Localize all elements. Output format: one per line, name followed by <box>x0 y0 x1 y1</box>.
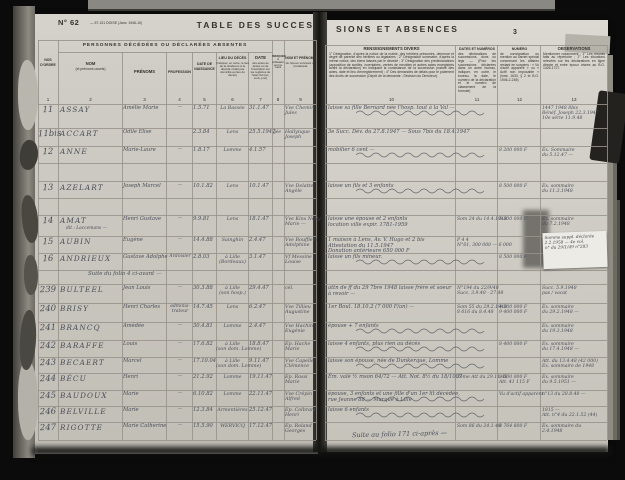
surname-cell: ASSAY <box>60 106 122 114</box>
miscellaneous-info-cell: 3e Succ. Dév. du 27.8.1947 — Sous 7bis d… <box>328 130 456 136</box>
observations-cell: Ex. sommaire du2.4.1948 <box>542 424 606 434</box>
pasted-note-slip: Somme suppl. déclarée2.2.1958 — 4e vol.n… <box>542 231 607 269</box>
birthdate-cell: 1.8.17 <box>193 148 217 154</box>
death-place-cell: Lens <box>216 217 249 222</box>
death-place-cell: La Bassée <box>216 106 249 111</box>
death-date-cell: 18.1.47 <box>249 217 273 223</box>
declaration-dates-cell: N°194 du 22/9/48Succ. 3.9.48 - 27.48 <box>457 286 499 296</box>
spouse-cell: Ep. RolandGeorges <box>285 424 321 434</box>
row-number: 244 <box>38 375 58 385</box>
observations-cell: Ex. Sommairedu 5.12.47 — <box>542 148 606 158</box>
handwritten-line: du 11.3.1948 <box>542 189 606 194</box>
observations-cell: Ex. sommairedu 19.3.1948 <box>542 324 606 334</box>
observations-cell: Att. du 13.4.48 (42 000)Ex. sommaire de … <box>542 359 606 369</box>
surname-alias-cell: dit : Laccemans — <box>66 226 146 232</box>
row-number: 16 <box>38 255 58 265</box>
spouse-cell: Vve Chemin Jules <box>285 106 321 116</box>
spouse-cell: Vve Delatte Angèle <box>285 184 321 194</box>
firstnames-cell: Louis <box>123 342 167 348</box>
firstnames-cell: Gustave Adolphe <box>123 255 167 261</box>
firstnames-cell: Henri <box>123 375 167 381</box>
surname-cell: AZELART <box>60 184 122 192</box>
birthdate-cell: 2.3.84 <box>193 130 217 136</box>
birthdate-cell: 17.10.04 <box>193 359 217 365</box>
row-number: 240 <box>38 305 58 315</box>
row-number: 247 <box>38 424 58 434</box>
firstnames-cell: Amélie Marie <box>123 106 167 112</box>
death-place-cell: Lens <box>216 305 249 310</box>
handwritten-line: 8 200 000 F <box>499 148 541 153</box>
row-number: 14 <box>38 217 58 227</box>
handwritten-line: Att. 41 115 F <box>499 380 541 385</box>
amount-cell: 8 200 000 F <box>499 148 541 153</box>
handwritten-line: 2ème Att du 29.11.48 <box>457 375 499 380</box>
surname-cell: ANDRIEUX <box>60 255 122 263</box>
handwritten-line: du 7.2.1948 <box>542 222 606 227</box>
row-number: 242 <box>38 342 58 352</box>
handwritten-line: 8 500 000 F <box>499 255 541 260</box>
handwritten-line: Som 86 du 24.1.48 <box>457 424 499 429</box>
handwritten-line: (son dom. Lomme) <box>216 364 249 369</box>
surname-cell: BAUDOUX <box>60 392 122 400</box>
slip-line: n° du 29/1/49 n°283 <box>545 243 605 250</box>
observations-cell: Ex. sommairedu 29.2.1948 — <box>542 305 606 315</box>
spouse-cell: Vve Crépin Alfred <box>285 392 321 402</box>
row-number: 11 <box>38 106 58 116</box>
spouse-cell: Vve BoufflersAdolphine <box>285 238 321 248</box>
firstnames-cell: Odile Elise <box>123 130 167 136</box>
handwritten-line: Ex. sommaire de 1948 <box>542 364 606 369</box>
handwritten-line: Eugénie <box>285 329 321 334</box>
birthdate-cell: 12.3.84 <box>193 408 217 414</box>
handwritten-line: 1er Boul. 18.10.2 (7 000 F/an) — <box>328 305 456 311</box>
firstnames-cell: Amédée <box>123 324 167 330</box>
death-place-cell: Sainghin <box>216 238 249 243</box>
observations-cell: Ex. sommairedu 11.3.1948 <box>542 184 606 194</box>
declaration-dates-cell: Som 55 du 29.2.19488 616 du 8.4.48 <box>457 305 499 315</box>
handwritten-line: 5 300 000 F <box>499 217 541 222</box>
firstnames-cell: Henri Charles <box>123 305 167 311</box>
empty-field-squiggle-mark <box>356 151 486 159</box>
register-entries: 11 ASSAY Amélie Marie — 1.5.71 La Bassée… <box>0 0 625 480</box>
profession-cell: — <box>167 342 193 347</box>
miscellaneous-info-cell: 1 maison à Lens, Av. V. Hugo et 2 bisAtt… <box>328 238 456 255</box>
declaration-dates-cell: P 4 4N°61, 300 000 — 6 000 <box>457 238 499 248</box>
surname-cell: BRISY <box>60 305 122 313</box>
death-date-cell: 18.8.47 <box>249 342 273 348</box>
death-place-cell: à Lille(Bordeaux) <box>216 255 249 265</box>
amount-cell: 8 500 000 FAtt. 41 115 F <box>499 375 541 385</box>
birthdate-cell: 30.3.88 <box>193 286 217 292</box>
spouse-cell: Hallynque Joseph <box>285 130 321 140</box>
empty-field-squiggle-mark <box>356 109 486 117</box>
handwritten-line: 3e Succ. Dév. du 27.8.1947 — Sous 7bis d… <box>328 130 456 136</box>
declaration-dates-cell: Som 24 du 14.4.1948 <box>457 217 499 222</box>
row-number: 243 <box>38 359 58 369</box>
surname-cell: ACCART <box>60 130 122 138</box>
death-date-cell: 29.4.47 <box>249 286 273 292</box>
handwritten-line: 9 400 000 F <box>499 310 541 315</box>
amount-cell: 8 500 000 F <box>499 184 541 189</box>
surname-cell: BRANCQ <box>60 324 122 332</box>
amount-cell: 4 200 000 F9 400 000 F <box>499 305 541 315</box>
surname-cell: RIGOTTE <box>60 424 122 432</box>
handwritten-line: n°13 du 28.8.48 — <box>542 392 606 397</box>
continuation-note-previous-folio: Suite du folio 4 ci-avant — <box>88 271 162 277</box>
death-date-cell: 22.11.47 <box>249 392 273 398</box>
profession-cell: — <box>167 286 193 291</box>
profession-cell: — <box>167 375 193 380</box>
amount-cell: Vu d'actif apparent <box>499 392 541 397</box>
handwritten-line: du 5.12.47 — <box>542 153 606 158</box>
handwritten-line: 10e série 11.9.48 <box>542 116 606 121</box>
death-place-cell: à Lille(son hosp.) <box>216 286 249 296</box>
profession-cell: — <box>167 238 193 243</box>
handwritten-line: pas / vacat <box>542 291 606 296</box>
handwritten-line: (son dom. Lomme) <box>216 347 249 352</box>
row-number: 246 <box>38 408 58 418</box>
empty-field-squiggle-mark <box>356 345 486 353</box>
firstnames-cell: Marie <box>123 392 167 398</box>
profession-cell: — <box>167 359 193 364</box>
firstnames-cell: Jean Louis <box>123 286 167 292</box>
profession-cell: adminis-trateur <box>167 305 193 315</box>
observations-cell: Ex. sommairedu 7.2.1948 <box>542 217 606 227</box>
observations-cell: n°13 du 28.8.48 — <box>542 392 606 397</box>
handwritten-line: du 19.3.1948 <box>542 329 606 334</box>
empty-field-squiggle-mark <box>356 258 486 266</box>
birthdate-cell: 9.9.81 <box>193 217 217 223</box>
death-place-cell: Lens <box>216 130 249 135</box>
miscellaneous-info-cell: attn de ff du 29 7bre 1948 laisse frère … <box>328 286 456 297</box>
surname-cell: AMAT <box>60 217 122 225</box>
declaration-dates-cell: 2ème Att du 29.11.48 <box>457 375 499 380</box>
death-date-cell: 9.11.47 <box>249 359 273 365</box>
handwritten-line: 8 764 800 F <box>499 424 541 429</box>
observations-cell: Succ. 5.9.1948pas / vacat <box>542 286 606 296</box>
profession-cell: — <box>167 392 193 397</box>
death-date-cell: 25.12.47 <box>249 408 273 414</box>
spouse-cell: Ep. Rossi Marie <box>285 375 321 385</box>
row-number: 15 <box>38 238 58 248</box>
spouse-cell: Vve HachinEugénie <box>285 324 321 334</box>
profession-cell: — <box>167 148 193 153</box>
observations-cell: 1447 1948 8bisBénéf. Joseph 22.3.194710e… <box>542 106 606 121</box>
profession-cell: — <box>167 106 193 111</box>
death-place-cell: WERVICQ <box>216 424 249 429</box>
profession-cell: — <box>167 424 193 429</box>
surname-cell: BARAFFE <box>60 342 122 350</box>
miscellaneous-info-cell: Ém. valé ½ mson 64/72 — Att. Not. 8½ du … <box>328 375 456 381</box>
spouse-cell: cél. <box>285 286 321 291</box>
handwritten-line: à revoir — <box>328 292 456 298</box>
handwritten-line: Augustine <box>285 310 321 315</box>
row-number: 241 <box>38 324 58 334</box>
death-place-cell: à Lille(son dom. Lomme) <box>216 342 249 352</box>
row-number: 13 <box>38 184 58 194</box>
birthdate-cell: 17.6.82 <box>193 342 217 348</box>
amount-cell: 8 500 000 F <box>499 255 541 260</box>
death-date-cell: 4.1.57 <box>249 148 273 154</box>
surname-cell: BULTEEL <box>60 286 122 294</box>
row-number: 239 <box>38 286 58 296</box>
handwritten-line: 8 500 000 F <box>499 184 541 189</box>
death-date-cell: 31.1.47 <box>249 106 273 112</box>
row-number: 11bis <box>38 130 58 140</box>
profession-cell: — <box>167 217 193 222</box>
death-place-cell: Lomme <box>216 392 249 397</box>
firstnames-cell: Joseph Marcel <box>123 184 167 190</box>
empty-field-squiggle-mark <box>356 362 486 370</box>
birthdate-cell: 14.7.45 <box>193 305 217 311</box>
handwritten-line: Som 24 du 14.4.1948 <box>457 217 499 222</box>
spouse-cell: Ep. Colbrant Henri <box>285 408 321 418</box>
observations-cell: Ex. sommairedu 17.4.1948 — <box>542 342 606 352</box>
death-date-cell: 25.5.1947 <box>249 130 273 136</box>
empty-field-squiggle-mark <box>356 395 486 403</box>
death-place-cell: Lomme <box>216 324 249 329</box>
birthdate-cell: 2.8.03 <box>193 255 217 261</box>
amount-cell: 8 400 000 F <box>499 342 541 347</box>
spouse-cell: Vve TillieuAugustine <box>285 305 321 315</box>
birthdate-cell: 10.1.82 <box>193 184 217 190</box>
handwritten-line: 2.4.1948 <box>542 429 606 434</box>
birthdate-cell: 15.5.90 <box>193 424 217 430</box>
declaration-dates-cell: Som 86 du 24.1.48 <box>457 424 499 429</box>
row-number: 245 <box>38 392 58 402</box>
death-date-cell: 2.4.47 <box>249 238 273 244</box>
handwritten-line: Vu d'actif apparent <box>499 392 541 397</box>
birthdate-cell: 21.2.92 <box>193 375 217 381</box>
handwritten-line: (Bordeaux) <box>216 260 249 265</box>
firstnames-cell: Henri Gustave <box>123 217 167 223</box>
profession-cell: — <box>167 408 193 413</box>
spouse-cell: Vve CapelleClémence <box>285 359 321 369</box>
handwritten-line: N°61, 300 000 — 6 000 <box>457 243 499 248</box>
death-place-cell: Lomme <box>216 148 249 153</box>
amount-cell: 8 764 800 F <box>499 424 541 429</box>
surname-cell: ANNE <box>60 148 122 156</box>
firstnames-cell: Marcel <box>123 359 167 365</box>
death-date-cell: 10.1.47 <box>249 184 273 190</box>
firstnames-cell: Marie-Laure <box>123 148 167 154</box>
empty-field-squiggle-mark <box>356 327 486 335</box>
spouse-cell: Vve Kins NellyMarie — <box>285 217 321 227</box>
birthdate-cell: 30.4.81 <box>193 324 217 330</box>
handwritten-line: 8 400 000 F <box>499 342 541 347</box>
handwritten-line: (son hosp.) <box>216 291 249 296</box>
empty-field-squiggle-mark <box>356 411 486 419</box>
handwritten-line: Marie — <box>285 222 321 227</box>
spouse-cell: Vf Messine Louise <box>285 255 321 265</box>
death-place-cell: à Lille(son dom. Lomme) <box>216 359 249 369</box>
miscellaneous-info-cell: 1er Boul. 18.10.2 (7 000 F/an) — <box>328 305 456 311</box>
marital-status-cell: gée <box>273 130 285 136</box>
surname-cell: BELVILLE <box>60 408 122 416</box>
surname-cell: BECAERT <box>60 359 122 367</box>
handwritten-line: Ém. valé ½ mson 64/72 — Att. Not. 8½ du … <box>328 375 456 381</box>
spouse-cell: Ep. Hache Marie <box>285 342 321 352</box>
firstnames-cell: Eugène <box>123 238 167 244</box>
handwritten-line: du 17.4.1948 — <box>542 347 606 352</box>
surname-cell: AUBIN <box>60 238 122 246</box>
firstnames-cell: Marie Catherine <box>123 424 167 430</box>
handwritten-line: location ville expir. 1781-1959 <box>328 223 456 229</box>
death-date-cell: 3.1.47 <box>249 255 273 261</box>
profession-cell: — <box>167 184 193 189</box>
handwritten-line: du 29.2.1948 — <box>542 310 606 315</box>
handwritten-line: Georges <box>285 429 321 434</box>
empty-field-squiggle-mark <box>356 187 486 195</box>
birthdate-cell: 14.4.88 <box>193 238 217 244</box>
handwritten-line: Adolphine <box>285 243 321 248</box>
death-place-cell: Lomme <box>216 375 249 380</box>
handwritten-line: Clémence <box>285 364 321 369</box>
death-date-cell: 2.4.47 <box>249 324 273 330</box>
observations-cell: Ex. sommairedu 9.5.1951 — <box>542 375 606 385</box>
row-number: 12 <box>38 148 58 158</box>
birthdate-cell: 6.10.82 <box>193 392 217 398</box>
amount-cell: 5 300 000 F <box>499 217 541 222</box>
death-place-cell: Lens <box>216 184 249 189</box>
handwritten-line: Succ. 3.9.48 - 27.48 <box>457 291 499 296</box>
death-date-cell: 6.2.47 <box>249 305 273 311</box>
handwritten-line: du 9.5.1951 — <box>542 380 606 385</box>
birthdate-cell: 1.5.71 <box>193 106 217 112</box>
handwritten-line: trateur <box>167 310 193 315</box>
handwritten-line: Att. n°4 du 22.1.52 (44) <box>542 413 606 418</box>
death-date-cell: 17.12.47 <box>249 424 273 430</box>
handwritten-line: 8 616 du 8.4.48 <box>457 310 499 315</box>
death-place-cell: Armentières <box>216 408 249 413</box>
death-date-cell: 19.11.47 <box>249 375 273 381</box>
profession-cell: Ardoisier <box>167 255 193 260</box>
observations-cell: 1815 —Att. n°4 du 22.1.52 (44) <box>542 408 606 418</box>
miscellaneous-info-cell: laisse une épouse et 2 enfantslocation v… <box>328 217 456 228</box>
scanned-register-spread: N° 62 — 57.131 DOISE (Janv. 1946-10) TAB… <box>0 0 625 480</box>
surname-cell: BÉCU <box>60 375 122 383</box>
profession-cell: — <box>167 324 193 329</box>
firstnames-cell: Marie <box>123 408 167 414</box>
